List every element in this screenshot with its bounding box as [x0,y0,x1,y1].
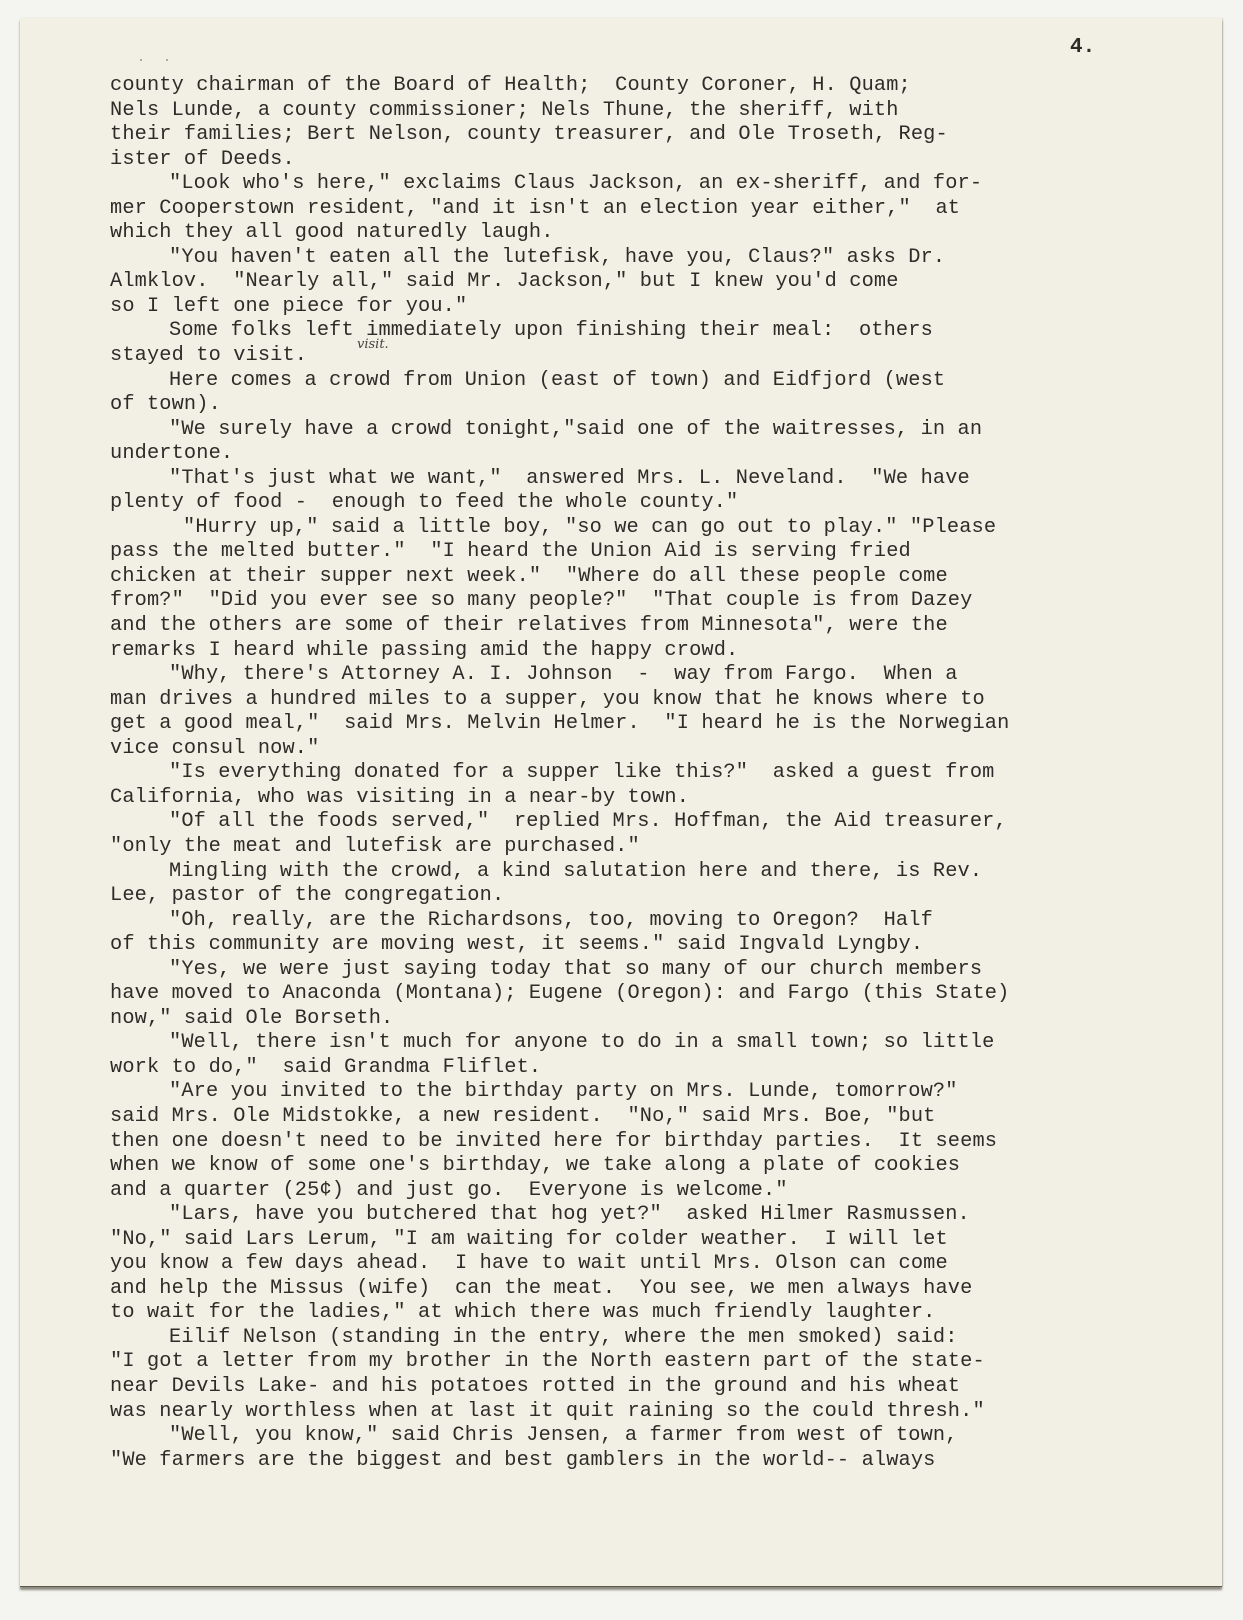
paper-speck [140,59,142,61]
text-line: California, who was visiting in a near-b… [110,786,1190,811]
text-line: "Oh, really, are the Richardsons, too, m… [110,909,1190,934]
text-line: so I left one piece for you." [110,295,1190,320]
text-line: "Yes, we were just saying today that so … [110,958,1190,983]
text-line: stayed to visit. [110,344,1190,369]
text-line: undertone. [110,442,1190,467]
handwritten-annotation: visit. [357,337,389,352]
text-line: then one doesn't need to be invited here… [110,1130,1190,1155]
text-line: vice consul now." [110,737,1190,762]
text-line: work to do," said Grandma Fliflet. [110,1056,1190,1081]
text-line: you know a few days ahead. I have to wai… [110,1252,1190,1277]
page-number: 4. [1070,36,1095,59]
text-line: plenty of food - enough to feed the whol… [110,491,1190,516]
text-line: and the others are some of their relativ… [110,614,1190,639]
text-line: get a good meal," said Mrs. Melvin Helme… [110,712,1190,737]
text-line: have moved to Anaconda (Montana); Eugene… [110,982,1190,1007]
text-line: of town). [110,393,1190,418]
text-line: Eilif Nelson (standing in the entry, whe… [110,1326,1190,1351]
text-line: "Lars, have you butchered that hog yet?"… [110,1203,1190,1228]
text-line: mer Cooperstown resident, "and it isn't … [110,197,1190,222]
text-line: "Why, there's Attorney A. I. Johnson - w… [110,663,1190,688]
text-line: "Of all the foods served," replied Mrs. … [110,810,1190,835]
text-line: county chairman of the Board of Health; … [110,74,1190,99]
text-line: which they all good naturedly laugh. [110,221,1190,246]
text-line: "only the meat and lutefisk are purchase… [110,835,1190,860]
text-line: pass the melted butter." "I heard the Un… [110,540,1190,565]
text-line: was nearly worthless when at last it qui… [110,1400,1190,1425]
text-line: "Well, there isn't much for anyone to do… [110,1031,1190,1056]
text-line: "You haven't eaten all the lutefisk, hav… [110,246,1190,271]
text-line: remarks I heard while passing amid the h… [110,639,1190,664]
text-line: Lee, pastor of the congregation. [110,884,1190,909]
text-line: "I got a letter from my brother in the N… [110,1350,1190,1375]
text-line: Almklov. "Nearly all," said Mr. Jackson,… [110,270,1190,295]
text-line: "That's just what we want," answered Mrs… [110,467,1190,492]
text-line: from?" "Did you ever see so many people?… [110,589,1190,614]
text-line: "Look who's here," exclaims Claus Jackso… [110,172,1190,197]
text-line: Mingling with the crowd, a kind salutati… [110,860,1190,885]
text-line: "Hurry up," said a little boy, "so we ca… [110,516,1190,541]
paper-speck [166,59,168,61]
document-page: 4. county chairman of the Board of Healt… [20,18,1222,1587]
text-line: "No," said Lars Lerum, "I am waiting for… [110,1228,1190,1253]
text-line: to wait for the ladies," at which there … [110,1301,1190,1326]
text-line: Nels Lunde, a county commissioner; Nels … [110,99,1190,124]
text-line: ister of Deeds. [110,148,1190,173]
text-line: chicken at their supper next week." "Whe… [110,565,1190,590]
text-line: "We surely have a crowd tonight,"said on… [110,418,1190,443]
text-line: and help the Missus (wife) can the meat.… [110,1277,1190,1302]
text-line: "Well, you know," said Chris Jensen, a f… [110,1424,1190,1449]
text-line: and a quarter (25¢) and just go. Everyon… [110,1179,1190,1204]
text-line: of this community are moving west, it se… [110,933,1190,958]
text-line: their families; Bert Nelson, county trea… [110,123,1190,148]
text-line: "Is everything donated for a supper like… [110,761,1190,786]
text-line: near Devils Lake- and his potatoes rotte… [110,1375,1190,1400]
text-line: now," said Ole Borseth. [110,1007,1190,1032]
text-line: Here comes a crowd from Union (east of t… [110,369,1190,394]
text-line: "Are you invited to the birthday party o… [110,1080,1190,1105]
typewritten-body: county chairman of the Board of Health; … [110,74,1190,1473]
text-line: "We farmers are the biggest and best gam… [110,1449,1190,1474]
text-line: man drives a hundred miles to a supper, … [110,688,1190,713]
text-line: when we know of some one's birthday, we … [110,1154,1190,1179]
text-line: said Mrs. Ole Midstokke, a new resident.… [110,1105,1190,1130]
text-line: Some folks left immediately upon finishi… [110,319,1190,344]
